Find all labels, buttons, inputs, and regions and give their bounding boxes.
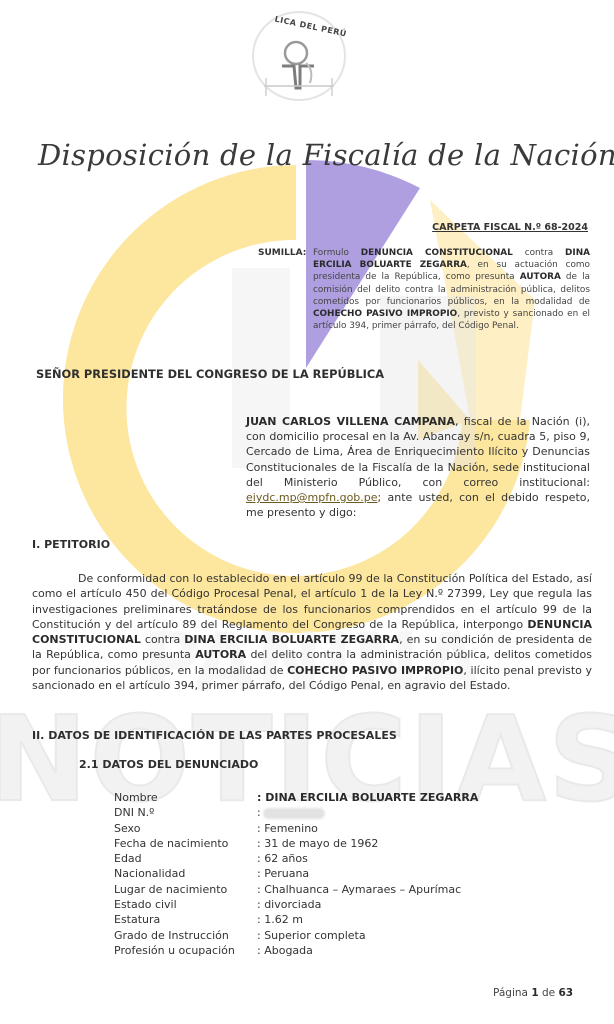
data-value: : 1.62 m [257,912,303,927]
data-label: Nacionalidad [114,866,257,881]
petitorio-paragraph: De conformidad con lo establecido en el … [32,571,592,693]
data-value: : Abogada [257,943,313,958]
sumilla-text: Formulo DENUNCIA CONSTITUCIONAL contra D… [313,247,590,332]
fiscal-name: JUAN CARLOS VILLENA CAMPANA [246,415,455,428]
data-label: Profesión u ocupación [114,943,257,958]
defendant-data-table: Nombre: DINA ERCILIA BOLUARTE ZEGARRADNI… [114,790,478,958]
fiscal-introduction: JUAN CARLOS VILLENA CAMPANA, fiscal de l… [246,414,590,520]
data-row: Grado de Instrucción: Superior completa [114,928,478,943]
data-value: : Chalhuanca – Aymaraes – Apurímac [257,882,461,897]
data-value: : divorciada [257,897,321,912]
data-label: Estado civil [114,897,257,912]
data-row: Estatura: 1.62 m [114,912,478,927]
page-number: Página 1 de 63 [493,987,573,999]
data-value: : Superior completa [257,928,366,943]
data-row: Fecha de nacimiento: 31 de mayo de 1962 [114,836,478,851]
data-label: Sexo [114,821,257,836]
data-value: : 31 de mayo de 1962 [257,836,378,851]
data-row: Nombre: DINA ERCILIA BOLUARTE ZEGARRA [114,790,478,805]
data-label: Lugar de nacimiento [114,882,257,897]
data-row: DNI N.º: [114,805,478,820]
section-2-heading: II. DATOS DE IDENTIFICACIÓN DE LAS PARTE… [32,729,397,742]
document-title: Disposición de la Fiscalía de la Nación [38,138,614,172]
coat-of-arms-seal: LICA DEL PERÚ [244,8,354,103]
data-value: : Peruana [257,866,309,881]
institutional-email-link[interactable]: eiydc.mp@mpfn.gob.pe [246,491,378,504]
data-row: Edad: 62 años [114,851,478,866]
sumilla-label: SUMILLA: [258,248,306,258]
total-pages: 63 [558,987,573,999]
data-row: Nacionalidad: Peruana [114,866,478,881]
redacted-blur [263,808,325,819]
data-row: Profesión u ocupación: Abogada [114,943,478,958]
data-value: : Femenino [257,821,318,836]
data-row: Sexo: Femenino [114,821,478,836]
data-label: Estatura [114,912,257,927]
section-2-1-heading: 2.1 DATOS DEL DENUNCIADO [79,758,258,771]
data-value: : [257,805,325,820]
data-value: : 62 años [257,851,308,866]
document-page: NOTICIAS PANINA LICA DEL PERÚ Disposició… [0,0,614,1024]
addressee-heading: SEÑOR PRESIDENTE DEL CONGRESO DE LA REPÚ… [36,367,384,381]
data-row: Estado civil: divorciada [114,897,478,912]
data-label: DNI N.º [114,805,257,820]
data-label: Nombre [114,790,257,805]
data-label: Edad [114,851,257,866]
data-label: Grado de Instrucción [114,928,257,943]
data-row: Lugar de nacimiento: Chalhuanca – Aymara… [114,882,478,897]
data-label: Fecha de nacimiento [114,836,257,851]
case-file-number: CARPETA FISCAL N.º 68-2024 [432,222,588,233]
data-value: : DINA ERCILIA BOLUARTE ZEGARRA [257,790,478,805]
petitorio-heading: I. PETITORIO [32,538,110,551]
current-page: 1 [531,987,538,999]
